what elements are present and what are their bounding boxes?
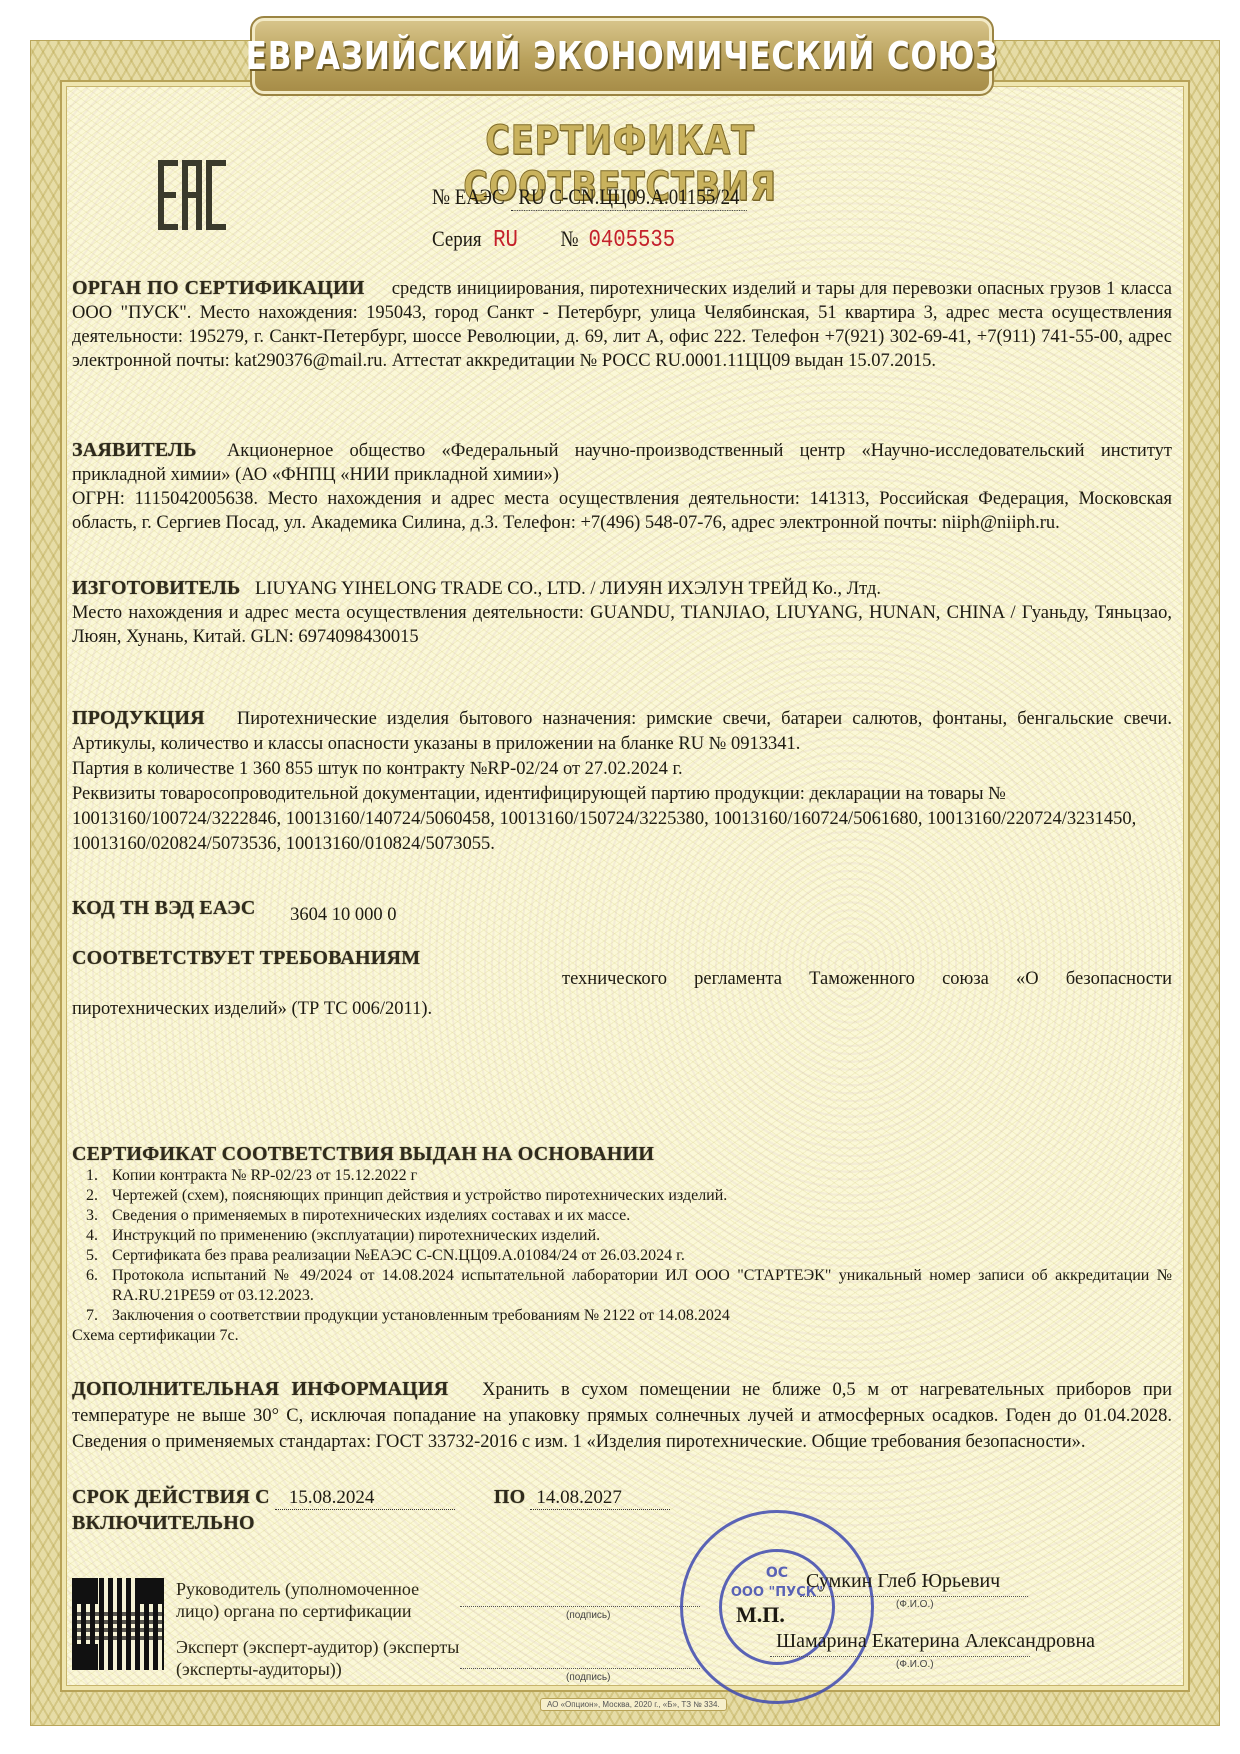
basis-item: 1.Копии контракта № RP-02/23 от 15.12.20… bbox=[72, 1166, 1172, 1186]
basis-list: 1.Копии контракта № RP-02/23 от 15.12.20… bbox=[72, 1166, 1172, 1326]
basis-item: 3.Сведения о применяемых в пиротехническ… bbox=[72, 1206, 1172, 1226]
manufacturer-name: LIUYANG YIHELONG TRADE CO., LTD. / ЛИУЯН… bbox=[255, 579, 881, 599]
certification-body-section: ОРГАН ПО СЕРТИФИКАЦИИ средств инициирова… bbox=[72, 276, 1172, 373]
head-role: Руководитель (уполномоченное лицо) орган… bbox=[176, 1578, 456, 1622]
basis-section: СЕРТИФИКАТ СООТВЕТСТВИЯ ВЫДАН НА ОСНОВАН… bbox=[72, 1142, 1172, 1346]
eac-mark-icon bbox=[158, 160, 230, 230]
basis-item: 4.Инструкций по применению (эксплуатации… bbox=[72, 1226, 1172, 1246]
union-banner: ЕВРАЗИЙСКИЙ ЭКОНОМИЧЕСКИЙ СОЮЗ bbox=[252, 18, 992, 94]
expert-full-name: Шамарина Екатерина Александровна bbox=[776, 1630, 1095, 1653]
validity-period: СРОК ДЕЙСТВИЯ С 15.08.2024 ПО 14.08.2027… bbox=[72, 1486, 670, 1535]
registration-number: № ЕАЭСRU C-CN.ЦЦ09.А.01155/24 bbox=[432, 184, 746, 211]
product-description: Пиротехнические изделия бытового назначе… bbox=[72, 709, 1172, 754]
hs-code-value: 3604 10 000 0 bbox=[290, 905, 396, 925]
blank-number: 0405535 bbox=[588, 227, 675, 254]
basis-item-number: 1. bbox=[86, 1166, 98, 1186]
valid-from-date: 15.08.2024 bbox=[275, 1487, 455, 1510]
manufacturer-section: ИЗГОТОВИТЕЛЬ LIUYANG YIHELONG TRADE CO.,… bbox=[72, 576, 1172, 649]
valid-to-date: 14.08.2027 bbox=[530, 1487, 670, 1510]
reg-number-value: RU C-CN.ЦЦ09.А.01155/24 bbox=[512, 184, 747, 211]
product-section: ПРОДУКЦИЯ Пиротехнические изделия бытово… bbox=[72, 706, 1172, 857]
additional-info-label: ДОПОЛНИТЕЛЬНАЯ ИНФОРМАЦИЯ bbox=[72, 1378, 448, 1400]
expert-signature-line bbox=[460, 1668, 700, 1669]
stamp-place-label: М.П. bbox=[736, 1602, 785, 1628]
basis-label: СЕРТИФИКАТ СООТВЕТСТВИЯ ВЫДАН НА ОСНОВАН… bbox=[72, 1142, 1172, 1166]
basis-item-number: 4. bbox=[86, 1226, 98, 1246]
basis-item-text: Инструкций по применению (эксплуатации) … bbox=[112, 1227, 600, 1244]
basis-item-text: Сведения о применяемых в пиротехнических… bbox=[112, 1207, 630, 1224]
requirements-section: СООТВЕТСТВУЕТ ТРЕБОВАНИЯМ технического р… bbox=[72, 946, 1172, 1024]
union-title: ЕВРАЗИЙСКИЙ ЭКОНОМИЧЕСКИЙ СОЮЗ bbox=[246, 34, 999, 78]
applicant-section: ЗАЯВИТЕЛЬ Акционерное общество «Федераль… bbox=[72, 438, 1172, 535]
basis-item-text: Сертификата без права реализации №ЕАЭС C… bbox=[112, 1247, 685, 1264]
applicant-name: Акционерное общество «Федеральный научно… bbox=[72, 441, 1172, 485]
certification-scheme: Схема сертификации 7с. bbox=[72, 1326, 1172, 1346]
basis-item-number: 2. bbox=[86, 1186, 98, 1206]
series-line: Серия RU № 0405535 bbox=[432, 226, 675, 254]
basis-item-number: 3. bbox=[86, 1206, 98, 1226]
head-full-name: Сумкин Глеб Юрьевич bbox=[806, 1570, 1000, 1593]
product-batch: Партия в количестве 1 360 855 штук по ко… bbox=[72, 757, 1172, 782]
printer-imprint: АО «Опцион», Москва, 2020 г., «Б», ТЗ № … bbox=[540, 1698, 727, 1711]
basis-item: 5.Сертификата без права реализации №ЕАЭС… bbox=[72, 1246, 1172, 1266]
requirements-text: технического регламента Таможенного союз… bbox=[72, 964, 1172, 1024]
head-signature-line bbox=[460, 1606, 700, 1607]
basis-item-text: Чертежей (схем), поясняющих принцип дейс… bbox=[112, 1187, 727, 1204]
basis-item-text: Копии контракта № RP-02/23 от 15.12.2022… bbox=[112, 1167, 417, 1184]
applicant-label: ЗАЯВИТЕЛЬ bbox=[72, 439, 197, 461]
basis-item-text: Протокола испытаний № 49/2024 от 14.08.2… bbox=[112, 1267, 1172, 1304]
basis-item-text: Заключения о соответствии продукции уста… bbox=[112, 1307, 730, 1324]
product-label: ПРОДУКЦИЯ bbox=[72, 707, 205, 729]
basis-item: 2.Чертежей (схем), поясняющих принцип де… bbox=[72, 1186, 1172, 1206]
applicant-details: ОГРН: 1115042005638. Место нахождения и … bbox=[72, 487, 1172, 535]
basis-item-number: 7. bbox=[86, 1306, 98, 1326]
hs-code-section: КОД ТН ВЭД ЕАЭС 3604 10 000 0 bbox=[72, 896, 1172, 921]
certification-body-label: ОРГАН ПО СЕРТИФИКАЦИИ bbox=[72, 277, 364, 299]
hs-code-label: КОД ТН ВЭД ЕАЭС bbox=[72, 897, 256, 919]
expert-name-line bbox=[770, 1656, 1030, 1657]
series-value: RU bbox=[493, 227, 518, 254]
manufacturer-label: ИЗГОТОВИТЕЛЬ bbox=[72, 577, 240, 599]
expert-role: Эксперт (эксперт-аудитор) (эксперты (экс… bbox=[176, 1636, 466, 1680]
head-name-line bbox=[800, 1596, 1028, 1597]
product-documents: Реквизиты товаросопроводительной докумен… bbox=[72, 782, 1172, 857]
basis-item: 6.Протокола испытаний № 49/2024 от 14.08… bbox=[72, 1266, 1172, 1306]
manufacturer-address: Место нахождения и адрес места осуществл… bbox=[72, 601, 1172, 649]
basis-item-number: 5. bbox=[86, 1246, 98, 1266]
basis-item: 7.Заключения о соответствии продукции ус… bbox=[72, 1306, 1172, 1326]
qr-code[interactable] bbox=[72, 1578, 164, 1670]
basis-item-number: 6. bbox=[86, 1266, 98, 1286]
additional-info-section: ДОПОЛНИТЕЛЬНАЯ ИНФОРМАЦИЯ Хранить в сухо… bbox=[72, 1376, 1172, 1455]
